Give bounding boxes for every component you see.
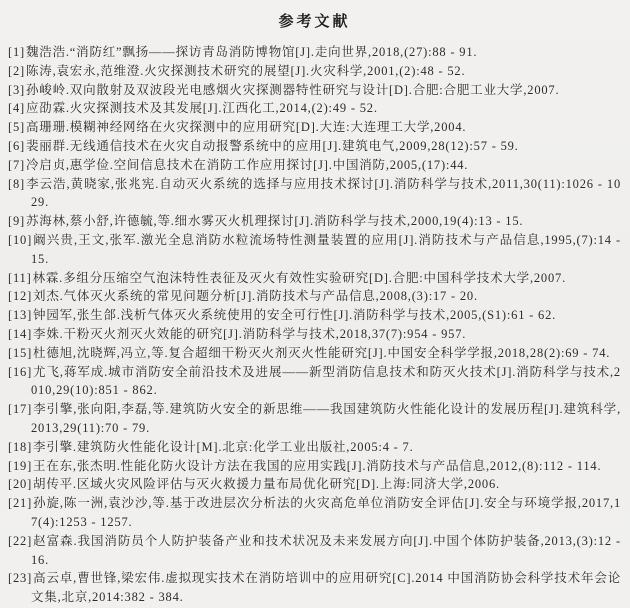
reference-number: [1] [8,45,26,59]
reference-text: 李姝.干粉灭火剂灭火效能的研究[J].消防科学与技术,2018,37(7):95… [33,327,466,341]
reference-number: [20] [8,477,33,491]
reference-text: 陈涛,袁宏永,范维澄.火灾探测技术研究的展望[J].火灾科学,2001,(2):… [26,64,465,78]
reference-number: [23] [8,571,33,585]
reference-text: 魏浩浩.“消防红”飘扬——探访青岛消防博物馆[J].走向世界,2018,(27)… [26,45,477,59]
reference-entry: [8]李云浩,黄晓家,张兆宪.自动灭火系统的选择与应用技术探讨[J].消防科学与… [8,175,621,213]
reference-text: 裴丽群.无线通信技术在火灾自动报警系统中的应用[J].建筑电气,2009,28(… [26,139,519,153]
reference-text: 阚兴贵,王文,张军.激光全息消防水粒流场特性测量装置的应用[J].消防技术与产品… [31,233,621,266]
reference-entry: [5]高珊珊.模糊神经网络在火灾探测中的应用研究[D].大连:大连理工大学,20… [8,118,621,137]
reference-entry: [12]刘杰.气体灭火系统的常见问题分析[J].消防技术与产品信息,2008,(… [8,287,621,306]
reference-entry: [11]林霖.多组分压缩空气泡沫特性表征及灭火有效性实验研究[D].合肥:中国科… [8,269,621,288]
reference-number: [6] [8,139,26,153]
reference-number: [11] [8,271,33,285]
reference-entry: [15]杜德旭,沈晓辉,冯立,等.复合超细干粉灭火剂灭火性能研究[J].中国安全… [8,344,621,363]
reference-text: 孙旋,陈一洲,袁沙沙,等.基于改进层次分析法的火灾高危单位消防安全评估[J].安… [31,496,621,529]
reference-number: [17] [8,402,33,416]
reference-entry: [4]应劭霖.火灾探测技术及其发展[J].江西化工,2014,(2):49 - … [8,99,621,118]
reference-text: 王在东,张杰明.性能化防火设计方法在我国的应用实践[J].消防技术与产品信息,2… [33,459,601,473]
reference-number: [5] [8,120,26,134]
reference-number: [3] [8,83,26,97]
reference-entry: [9]苏海林,蔡小舒,许德毓,等.细水雾灭火机理探讨[J].消防科学与技术,20… [8,212,621,231]
reference-text: 应劭霖.火灾探测技术及其发展[J].江西化工,2014,(2):49 - 52. [26,101,378,115]
reference-entry: [1]魏浩浩.“消防红”飘扬——探访青岛消防博物馆[J].走向世界,2018,(… [8,43,621,62]
page-title: 参考文献 [8,10,621,31]
reference-number: [8] [8,177,26,191]
reference-entry: [22]赵富森.我国消防员个人防护装备产业和技术状况及未来发展方向[J].中国个… [8,532,621,570]
reference-number: [13] [8,308,33,322]
reference-number: [18] [8,440,33,454]
reference-entry: [18]李引擎.建筑防火性能化设计[M].北京:化学工业出版社,2005:4 -… [8,438,621,457]
reference-entry: [13]钟园军,张生郃.浅析气体灭火系统使用的安全可行性[J].消防科学与技术,… [8,306,621,325]
reference-text: 尤飞,蒋军成.城市消防安全前沿技术及进展——新型消防信息技术和防灭火技术[J].… [31,365,621,398]
reference-number: [16] [8,365,33,379]
reference-number: [4] [8,101,26,115]
reference-text: 钟园军,张生郃.浅析气体灭火系统使用的安全可行性[J].消防科学与技术,2005… [33,308,556,322]
reference-number: [9] [8,214,26,228]
reference-text: 李云浩,黄晓家,张兆宪.自动灭火系统的选择与应用技术探讨[J].消防科学与技术,… [26,177,621,210]
reference-text: 赵富森.我国消防员个人防护装备产业和技术状况及未来发展方向[J].中国个体防护装… [31,534,621,567]
reference-number: [10] [8,233,33,247]
reference-entry: [19]王在东,张杰明.性能化防火设计方法在我国的应用实践[J].消防技术与产品… [8,457,621,476]
reference-number: [12] [8,289,33,303]
reference-text: 林霖.多组分压缩空气泡沫特性表征及灭火有效性实验研究[D].合肥:中国科学技术大… [33,271,566,285]
reference-number: [14] [8,327,33,341]
reference-text: 杜德旭,沈晓辉,冯立,等.复合超细干粉灭火剂灭火性能研究[J].中国安全科学学报… [33,346,610,360]
reference-entry: [17]李引擎,张向阳,李磊,等.建筑防火安全的新思维——我国建筑防火性能化设计… [8,400,621,438]
reference-entry: [16]尤飞,蒋军成.城市消防安全前沿技术及进展——新型消防信息技术和防灭火技术… [8,363,621,401]
reference-number: [21] [8,496,33,510]
reference-text: 胡传平.区域火灾风险评估与灭火救援力量布局优化研究[D].上海:同济大学,200… [33,477,500,491]
reference-text: 李引擎.建筑防火性能化设计[M].北京:化学工业出版社,2005:4 - 7. [33,440,414,454]
reference-entry: [23]高云卓,曹世锋,梁宏伟.虚拟现实技术在消防培训中的应用研究[C].201… [8,569,621,607]
document-page: 参考文献 [1]魏浩浩.“消防红”飘扬——探访青岛消防博物馆[J].走向世界,2… [0,0,630,608]
reference-number: [2] [8,64,26,78]
reference-entry: [14]李姝.干粉灭火剂灭火效能的研究[J].消防科学与技术,2018,37(7… [8,325,621,344]
reference-number: [7] [8,158,26,172]
reference-text: 高云卓,曹世锋,梁宏伟.虚拟现实技术在消防培训中的应用研究[C].2014 中国… [31,571,621,604]
reference-number: [22] [8,534,33,548]
reference-text: 苏海林,蔡小舒,许德毓,等.细水雾灭火机理探讨[J].消防科学与技术,2000,… [26,214,523,228]
reference-number: [15] [8,346,33,360]
reference-entry: [7]冷启贞,惠学俭.空间信息技术在消防工作应用探讨[J].中国消防,2005,… [8,156,621,175]
reference-number: [19] [8,459,33,473]
reference-entry: [10]阚兴贵,王文,张军.激光全息消防水粒流场特性测量装置的应用[J].消防技… [8,231,621,269]
reference-text: 孙峻岭.双向散射及双波段光电感烟火灾探测器特性研究与设计[D].合肥:合肥工业大… [26,83,559,97]
reference-text: 冷启贞,惠学俭.空间信息技术在消防工作应用探讨[J].中国消防,2005,(17… [26,158,468,172]
reference-text: 李引擎,张向阳,李磊,等.建筑防火安全的新思维——我国建筑防火性能化设计的发展历… [31,402,621,435]
reference-entry: [3]孙峻岭.双向散射及双波段光电感烟火灾探测器特性研究与设计[D].合肥:合肥… [8,81,621,100]
reference-entry: [21]孙旋,陈一洲,袁沙沙,等.基于改进层次分析法的火灾高危单位消防安全评估[… [8,494,621,532]
reference-text: 刘杰.气体灭火系统的常见问题分析[J].消防技术与产品信息,2008,(3):1… [33,289,478,303]
reference-entry: [2]陈涛,袁宏永,范维澄.火灾探测技术研究的展望[J].火灾科学,2001,(… [8,62,621,81]
reference-entry: [6]裴丽群.无线通信技术在火灾自动报警系统中的应用[J].建筑电气,2009,… [8,137,621,156]
reference-text: 高珊珊.模糊神经网络在火灾探测中的应用研究[D].大连:大连理工大学,2004. [26,120,466,134]
reference-entry: [20]胡传平.区域火灾风险评估与灭火救援力量布局优化研究[D].上海:同济大学… [8,475,621,494]
references-list: [1]魏浩浩.“消防红”飘扬——探访青岛消防博物馆[J].走向世界,2018,(… [8,43,621,607]
